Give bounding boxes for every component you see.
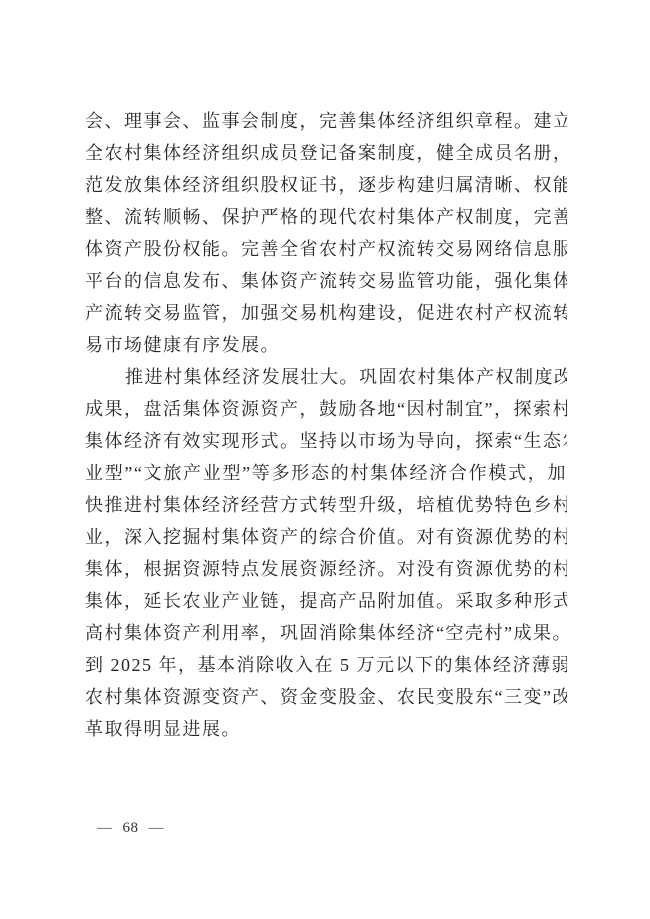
text-line: 会、理事会、监事会制度，完善集体经济组织章程。建立健 <box>85 105 567 137</box>
footer-dash-left: — <box>97 820 113 837</box>
text-line: 高村集体资产利用率，巩固消除集体经济“空壳村”成果。 <box>85 617 567 649</box>
footer-dash-right: — <box>149 820 165 837</box>
paragraph-1: 会、理事会、监事会制度，完善集体经济组织章程。建立健 全农村集体经济组织成员登记… <box>85 105 567 361</box>
text-line: 革取得明显进展。 <box>85 713 567 745</box>
body-text: 会、理事会、监事会制度，完善集体经济组织章程。建立健 全农村集体经济组织成员登记… <box>85 105 567 745</box>
document-page: 会、理事会、监事会制度，完善集体经济组织章程。建立健 全农村集体经济组织成员登记… <box>0 0 650 919</box>
text-line: 范发放集体经济组织股权证书，逐步构建归属清晰、权能完 <box>85 169 567 201</box>
text-line: 整、流转顺畅、保护严格的现代农村集体产权制度，完善集 <box>85 201 567 233</box>
text-line: 产流转交易监管，加强交易机构建设，促进农村产权流转交 <box>85 297 567 329</box>
text-line: 成果，盘活集体资源资产，鼓励各地“因村制宜”，探索村 <box>85 393 567 425</box>
text-line: 易市场健康有序发展。 <box>85 329 567 361</box>
text-line: 业，深入挖掘村集体资产的综合价值。对有资源优势的村级 <box>85 521 567 553</box>
text-line: 业型”“文旅产业型”等多形态的村集体经济合作模式，加 <box>85 457 567 489</box>
text-line: 到 2025 年，基本消除收入在 5 万元以下的集体经济薄弱村。 <box>85 649 567 681</box>
text-line: 集体，根据资源特点发展资源经济。对没有资源优势的村级 <box>85 553 567 585</box>
page-number: 68 <box>123 820 139 837</box>
paragraph-2: 推进村集体经济发展壮大。巩固农村集体产权制度改革 成果，盘活集体资源资产，鼓励各… <box>85 361 567 745</box>
text-line: 集体经济有效实现形式。坚持以市场为导向，探索“生态农 <box>85 425 567 457</box>
text-line: 平台的信息发布、集体资产流转交易监管功能，强化集体资 <box>85 265 567 297</box>
text-line: 体资产股份权能。完善全省农村产权流转交易网络信息服务 <box>85 233 567 265</box>
text-line: 推进村集体经济发展壮大。巩固农村集体产权制度改革 <box>85 361 567 393</box>
text-line: 快推进村集体经济经营方式转型升级，培植优势特色乡村产 <box>85 489 567 521</box>
text-line: 集体，延长农业产业链，提高产品附加值。采取多种形式提 <box>85 585 567 617</box>
text-line: 农村集体资源变资产、资金变股金、农民变股东“三变”改 <box>85 681 567 713</box>
page-footer: — 68 — <box>97 817 164 839</box>
text-line: 全农村集体经济组织成员登记备案制度，健全成员名册，规 <box>85 137 567 169</box>
